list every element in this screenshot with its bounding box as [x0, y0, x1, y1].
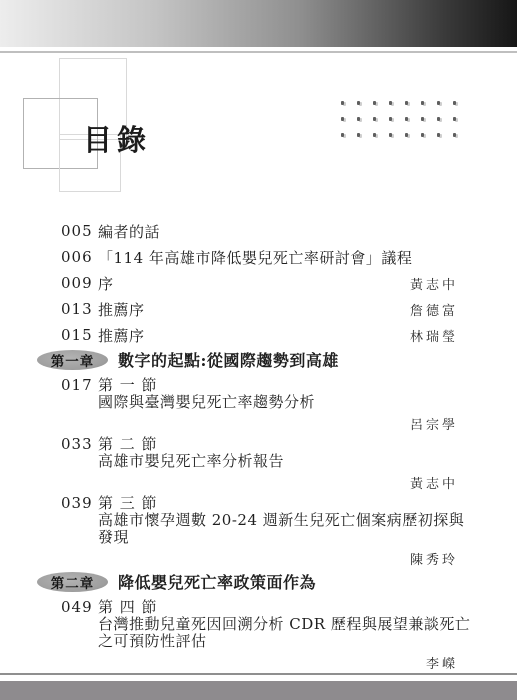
section-head: 033 第 二 節: [0, 436, 517, 453]
dot-mark: [341, 117, 344, 121]
section-entry: 049 第 四 節 台灣推動兒童死因回溯分析 CDR 歷程與展望兼談死亡之可預防…: [0, 599, 517, 673]
dot-mark: [389, 117, 392, 121]
page-number: 033: [61, 436, 98, 453]
page-number: 039: [61, 495, 98, 512]
page-number: 006: [61, 248, 98, 266]
dot-mark: [437, 133, 440, 137]
dot-mark: [421, 101, 424, 105]
bottom-gray-bar: [0, 681, 517, 700]
section-title: 台灣推動兒童死因回溯分析 CDR 歷程與展望兼談死亡之可預防性評估: [98, 616, 474, 650]
dot-mark: [437, 117, 440, 121]
section-label: 第 四 節: [98, 599, 158, 616]
section-title: 國際與臺灣嬰兒死亡率趨勢分析: [98, 394, 474, 411]
dot-mark: [341, 101, 344, 105]
dot-mark: [453, 101, 456, 105]
entry-title: 推薦序: [98, 325, 410, 346]
dot-mark: [373, 133, 376, 137]
author-name: 呂宗學: [410, 418, 458, 433]
dot-mark: [437, 101, 440, 105]
dot-mark: [405, 117, 408, 121]
page-number: 013: [61, 300, 98, 318]
page-number: 017: [61, 377, 98, 394]
entry-title: 「114 年高雄市降低嬰兒死亡率研討會」議程: [98, 247, 458, 268]
dot-mark: [389, 101, 392, 105]
author-name: 李嶸: [426, 657, 458, 672]
table-of-contents: 005 編者的話 006 「114 年高雄市降低嬰兒死亡率研討會」議程 009 …: [0, 218, 517, 675]
dots-decoration: [341, 101, 469, 149]
bottom-divider-line: [0, 673, 517, 675]
entry-title: 推薦序: [98, 299, 410, 320]
toc-entry: 013 推薦序 詹德富: [0, 296, 517, 322]
section-author: 呂宗學: [0, 416, 517, 434]
section-entry: 033 第 二 節 高雄市嬰兒死亡率分析報告 黃志中: [0, 436, 517, 493]
toc-entry: 015 推薦序 林瑞瑩: [0, 322, 517, 348]
top-gradient-banner: [0, 0, 517, 47]
author-name: 詹德富: [410, 300, 458, 319]
section-head: 039 第 三 節: [0, 495, 517, 512]
chapter-badge: 第一章: [37, 350, 108, 370]
section-label: 第 三 節: [98, 495, 158, 512]
dot-mark: [421, 133, 424, 137]
author-name: 陳秀玲: [410, 553, 458, 568]
chapter-title: 降低嬰兒死亡率政策面作為: [118, 570, 316, 593]
page-number: 049: [61, 599, 98, 616]
toc-entry: 005 編者的話: [0, 218, 517, 244]
dot-mark: [373, 117, 376, 121]
dot-mark: [357, 101, 360, 105]
author-name: 林瑞瑩: [410, 326, 458, 345]
dot-mark: [421, 117, 424, 121]
section-title: 高雄市懷孕週數 20-24 週新生兒死亡個案病歷初探與發現: [98, 512, 474, 546]
author-name: 黃志中: [410, 477, 458, 492]
page-number: 015: [61, 326, 98, 344]
chapter-title: 數字的起點:從國際趨勢到高雄: [118, 348, 339, 371]
dot-mark: [357, 133, 360, 137]
chapter-heading: 第一章 數字的起點:從國際趨勢到高雄: [0, 349, 517, 370]
dot-mark: [341, 133, 344, 137]
author-name: 黃志中: [410, 274, 458, 293]
dot-mark: [405, 133, 408, 137]
section-head: 049 第 四 節: [0, 599, 517, 616]
page-title: 目錄: [83, 118, 151, 159]
page-number: 005: [61, 222, 98, 240]
section-title: 高雄市嬰兒死亡率分析報告: [98, 453, 474, 470]
dot-mark: [357, 117, 360, 121]
top-divider-line: [0, 51, 517, 53]
toc-entry: 006 「114 年高雄市降低嬰兒死亡率研討會」議程: [0, 244, 517, 270]
section-entry: 039 第 三 節 高雄市懷孕週數 20-24 週新生兒死亡個案病歷初探與發現 …: [0, 495, 517, 569]
dot-mark: [405, 101, 408, 105]
chapter-heading: 第二章 降低嬰兒死亡率政策面作為: [0, 571, 517, 592]
dot-mark: [373, 101, 376, 105]
section-entry: 017 第 一 節 國際與臺灣嬰兒死亡率趨勢分析 呂宗學: [0, 377, 517, 434]
section-author: 黃志中: [0, 475, 517, 493]
toc-entry: 009 序 黃志中: [0, 270, 517, 296]
page-number: 009: [61, 274, 98, 292]
entry-title: 編者的話: [98, 221, 458, 242]
dot-mark: [453, 117, 456, 121]
entry-title: 序: [98, 273, 410, 294]
section-label: 第 二 節: [98, 436, 158, 453]
dot-mark: [453, 133, 456, 137]
section-label: 第 一 節: [98, 377, 158, 394]
section-head: 017 第 一 節: [0, 377, 517, 394]
chapter-badge: 第二章: [37, 572, 108, 592]
dot-mark: [389, 133, 392, 137]
section-author: 李嶸: [0, 655, 517, 673]
section-author: 陳秀玲: [0, 551, 517, 569]
toc-page: 目錄 005 編者的話 006 「114 年高雄市降低嬰兒死亡率研討會」議程 0…: [0, 0, 517, 700]
